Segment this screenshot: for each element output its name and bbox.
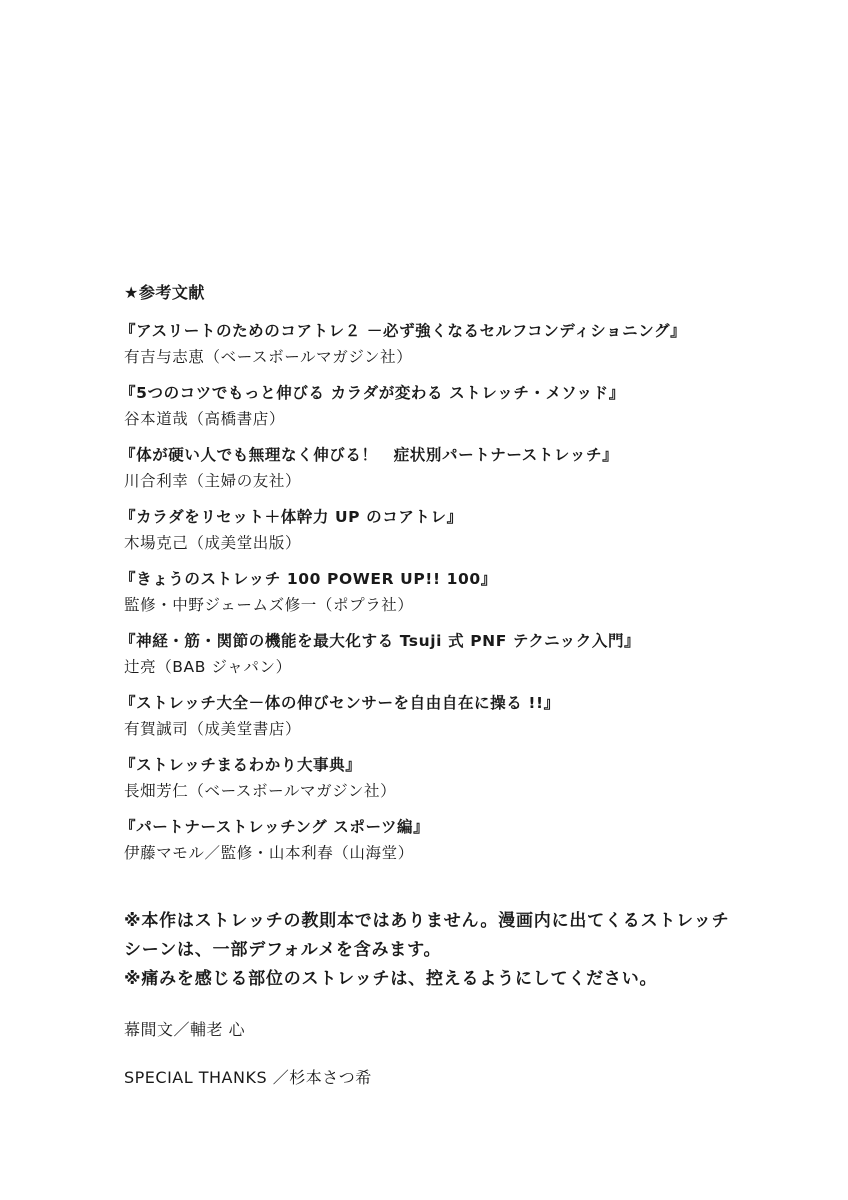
references-heading: ★参考文献 — [124, 281, 804, 305]
reference-author: 有賀誠司（成美堂書店） — [124, 717, 804, 741]
reference-title: 『きょうのストレッチ 100 POWER UP!! 100』 — [120, 567, 804, 591]
references-page: ★参考文献 『アスリートのためのコアトレ２ －必ず強くなるセルフコンディショニン… — [124, 281, 804, 1090]
reference-item: 『アスリートのためのコアトレ２ －必ず強くなるセルフコンディショニング』 有吉与… — [124, 319, 804, 381]
reference-author: 谷本道哉（高橋書店） — [124, 407, 804, 431]
reference-item: 『5つのコツでもっと伸びる カラダが変わる ストレッチ・メソッド』 谷本道哉（高… — [124, 381, 804, 443]
reference-item: 『神経・筋・関節の機能を最大化する Tsuji 式 PNF テクニック入門』 辻… — [124, 629, 804, 691]
special-thanks-credit: SPECIAL THANKS ／杉本さつ希 — [124, 1066, 804, 1090]
reference-title: 『パートナーストレッチング スポーツ編』 — [120, 815, 804, 839]
reference-author: 監修・中野ジェームズ修一（ポプラ社） — [124, 593, 804, 617]
reference-author: 伊藤マモル／監修・山本利春（山海堂） — [124, 841, 804, 865]
reference-item: 『カラダをリセット＋体幹力 UP のコアトレ』 木場克己（成美堂出版） — [124, 505, 804, 567]
reference-author: 長畑芳仁（ベースボールマガジン社） — [124, 779, 804, 803]
reference-author: 有吉与志恵（ベースボールマガジン社） — [124, 345, 804, 369]
reference-title: 『体が硬い人でも無理なく伸びる！ 症状別パートナーストレッチ』 — [120, 443, 804, 467]
reference-item: 『パートナーストレッチング スポーツ編』 伊藤マモル／監修・山本利春（山海堂） — [124, 815, 804, 877]
reference-title: 『ストレッチまるわかり大事典』 — [120, 753, 804, 777]
reference-title: 『神経・筋・関節の機能を最大化する Tsuji 式 PNF テクニック入門』 — [120, 629, 804, 653]
reference-title: 『アスリートのためのコアトレ２ －必ず強くなるセルフコンディショニング』 — [120, 319, 804, 343]
reference-item: 『きょうのストレッチ 100 POWER UP!! 100』 監修・中野ジェーム… — [124, 567, 804, 629]
writer-credit: 幕間文／輔老 心 — [124, 1018, 804, 1042]
reference-author: 辻亮（BAB ジャパン） — [124, 655, 804, 679]
reference-title: 『カラダをリセット＋体幹力 UP のコアトレ』 — [120, 505, 804, 529]
reference-author: 木場克己（成美堂出版） — [124, 531, 804, 555]
reference-title: 『ストレッチ大全－体の伸びセンサーを自由自在に操る !!』 — [120, 691, 804, 715]
disclaimer-line: ※本作はストレッチの教則本ではありません。漫画内に出てくるストレッチ — [124, 907, 804, 936]
reference-item: 『体が硬い人でも無理なく伸びる！ 症状別パートナーストレッチ』 川合利幸（主婦の… — [124, 443, 804, 505]
reference-item: 『ストレッチ大全－体の伸びセンサーを自由自在に操る !!』 有賀誠司（成美堂書店… — [124, 691, 804, 753]
reference-item: 『ストレッチまるわかり大事典』 長畑芳仁（ベースボールマガジン社） — [124, 753, 804, 815]
disclaimer-line: ※痛みを感じる部位のストレッチは、控えるようにしてください。 — [124, 965, 804, 994]
reference-author: 川合利幸（主婦の友社） — [124, 469, 804, 493]
reference-title: 『5つのコツでもっと伸びる カラダが変わる ストレッチ・メソッド』 — [120, 381, 804, 405]
disclaimer-notes: ※本作はストレッチの教則本ではありません。漫画内に出てくるストレッチ シーンは、… — [124, 907, 804, 994]
disclaimer-line: シーンは、一部デフォルメを含みます。 — [124, 936, 804, 965]
